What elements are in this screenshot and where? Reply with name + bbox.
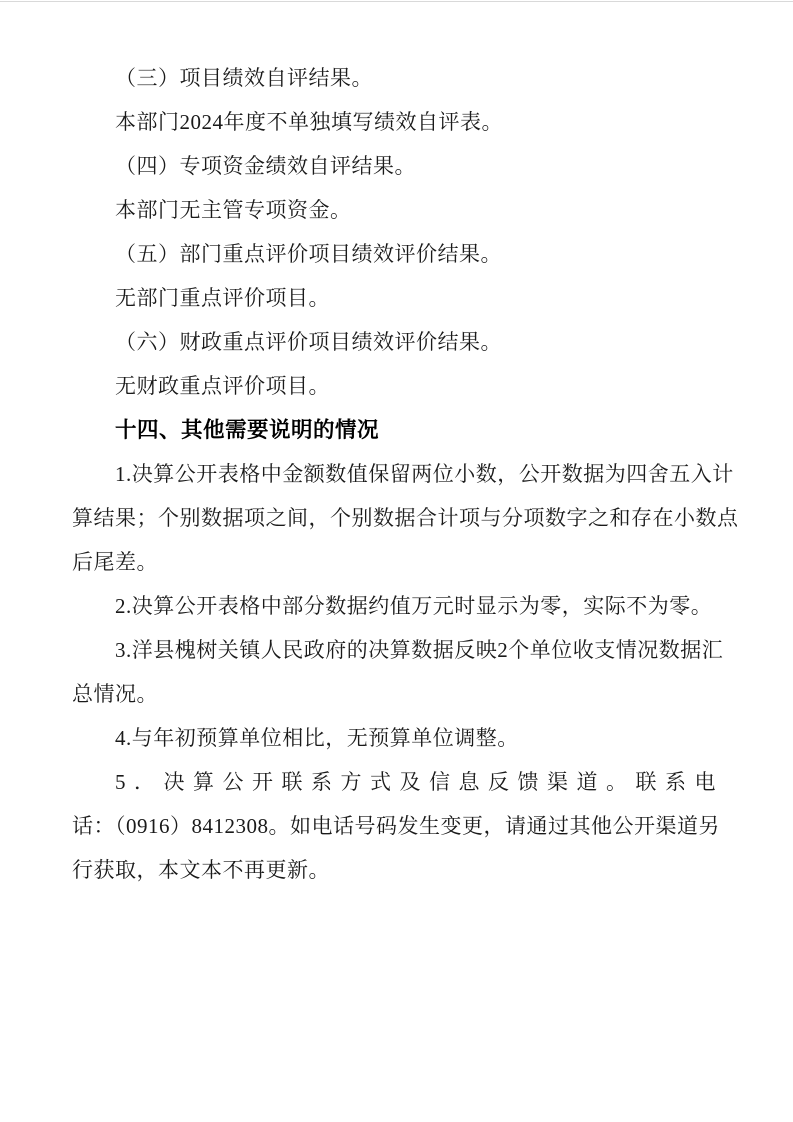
subsection-3-title: （三）项目绩效自评结果。 — [72, 56, 722, 100]
subsection-4-title: （四）专项资金绩效自评结果。 — [72, 144, 722, 188]
document-body: （三）项目绩效自评结果。 本部门2024年度不单独填写绩效自评表。 （四）专项资… — [72, 56, 722, 892]
document-page: （三）项目绩效自评结果。 本部门2024年度不单独填写绩效自评表。 （四）专项资… — [0, 0, 793, 1122]
note-2-line-1: 2.决算公开表格中部分数据约值万元时显示为零，实际不为零。 — [72, 584, 722, 628]
subsection-6-title: （六）财政重点评价项目绩效评价结果。 — [72, 320, 722, 364]
page-top-edge-line — [0, 1, 793, 2]
note-4-line-1: 4.与年初预算单位相比，无预算单位调整。 — [72, 716, 722, 760]
subsection-4-body: 本部门无主管专项资金。 — [72, 188, 722, 232]
note-3-line-1: 3.洋县槐树关镇人民政府的决算数据反映2个单位收支情况数据汇 — [72, 628, 722, 672]
subsection-5-title: （五）部门重点评价项目绩效评价结果。 — [72, 232, 722, 276]
section-14-heading: 十四、其他需要说明的情况 — [72, 408, 722, 452]
note-3-line-2: 总情况。 — [72, 672, 722, 716]
note-5-line-2: 话：（0916）8412308。如电话号码发生变更，请通过其他公开渠道另 — [72, 804, 722, 848]
subsection-5-body: 无部门重点评价项目。 — [72, 276, 722, 320]
subsection-3-body: 本部门2024年度不单独填写绩效自评表。 — [72, 100, 722, 144]
note-5-line-3: 行获取，本文本不再更新。 — [72, 848, 722, 892]
note-5-line-1: 5．决算公开联系方式及信息反馈渠道。联系电 — [72, 760, 722, 804]
note-1-line-2: 算结果；个别数据项之间，个别数据合计项与分项数字之和存在小数点 — [72, 496, 722, 540]
subsection-6-body: 无财政重点评价项目。 — [72, 364, 722, 408]
note-1-line-3: 后尾差。 — [72, 540, 722, 584]
note-1-line-1: 1.决算公开表格中金额数值保留两位小数，公开数据为四舍五入计 — [72, 452, 722, 496]
